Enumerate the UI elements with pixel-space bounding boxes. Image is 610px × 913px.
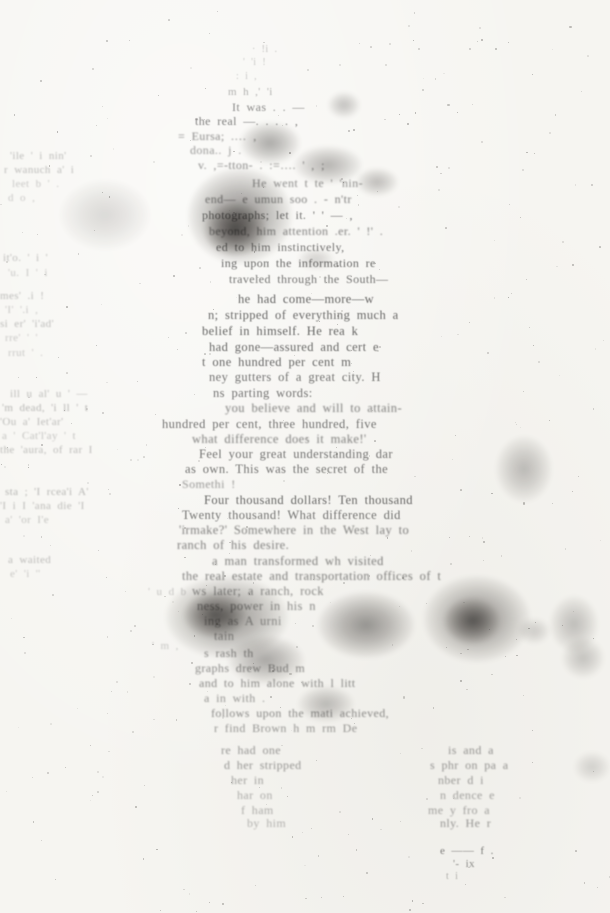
noise-speck bbox=[423, 78, 424, 79]
noise-speck bbox=[253, 582, 254, 583]
noise-speck bbox=[117, 449, 118, 450]
noise-speck bbox=[205, 447, 206, 448]
noise-speck bbox=[64, 410, 65, 411]
noise-speck bbox=[270, 696, 272, 698]
noise-speck bbox=[400, 753, 401, 754]
noise-speck bbox=[139, 283, 140, 284]
text-line-fragment: ney gutters of a great city. H bbox=[209, 370, 381, 385]
noise-speck bbox=[433, 707, 434, 708]
noise-speck bbox=[153, 719, 155, 721]
text-line-fragment: tain bbox=[214, 629, 234, 644]
noise-speck bbox=[1, 464, 2, 465]
noise-speck bbox=[55, 879, 56, 880]
noise-speck bbox=[351, 718, 352, 719]
noise-speck bbox=[94, 230, 95, 231]
text-line-fragment: It was . . — bbox=[232, 100, 305, 115]
noise-speck bbox=[522, 169, 524, 171]
noise-speck bbox=[217, 11, 218, 12]
noise-speck bbox=[511, 293, 512, 294]
text-line-fragment: Feel your great understanding dar bbox=[199, 447, 393, 462]
noise-speck bbox=[282, 125, 283, 126]
noise-speck bbox=[177, 349, 178, 350]
noise-speck bbox=[572, 491, 573, 492]
noise-speck bbox=[28, 464, 30, 466]
noise-speck bbox=[87, 482, 89, 484]
noise-speck bbox=[421, 748, 422, 749]
noise-speck bbox=[199, 267, 201, 269]
noise-speck bbox=[129, 40, 130, 41]
text-line-fragment: re had one bbox=[221, 743, 281, 758]
noise-speck bbox=[603, 340, 604, 341]
noise-speck bbox=[168, 337, 169, 338]
text-line-fragment: har on bbox=[237, 788, 273, 803]
noise-speck bbox=[389, 43, 391, 45]
noise-speck bbox=[207, 691, 208, 692]
noise-speck bbox=[326, 225, 327, 226]
text-line-fragment: as own. This was the secret of the bbox=[185, 462, 388, 477]
noise-speck bbox=[213, 309, 214, 310]
noise-speck bbox=[41, 444, 43, 446]
text-line-fragment: Somethi ! bbox=[182, 477, 236, 492]
noise-speck bbox=[270, 367, 271, 368]
noise-speck bbox=[222, 717, 224, 719]
text-line-fragment: rre' ' ' bbox=[5, 332, 38, 344]
noise-speck bbox=[357, 195, 358, 196]
noise-speck bbox=[158, 95, 159, 96]
noise-speck bbox=[407, 123, 409, 125]
text-line-fragment: by him bbox=[247, 816, 286, 831]
noise-speck bbox=[483, 541, 484, 542]
noise-speck bbox=[306, 437, 308, 439]
text-line-fragment: m h ,' 'i bbox=[228, 86, 273, 98]
noise-speck bbox=[92, 795, 93, 796]
noise-speck bbox=[336, 453, 337, 454]
ink-smudge bbox=[328, 92, 360, 118]
noise-speck bbox=[369, 575, 370, 576]
text-line-fragment: a in with . bbox=[204, 691, 265, 706]
noise-speck bbox=[292, 836, 293, 837]
noise-speck bbox=[370, 555, 371, 556]
noise-speck bbox=[173, 275, 175, 277]
text-line-fragment: d o , bbox=[8, 192, 35, 204]
noise-speck bbox=[289, 152, 291, 154]
noise-speck bbox=[468, 867, 469, 868]
text-line-fragment: t one hundred per cent m bbox=[202, 355, 351, 370]
noise-speck bbox=[403, 696, 405, 698]
text-line-fragment: d her stripped bbox=[224, 758, 302, 773]
noise-speck bbox=[156, 849, 157, 850]
noise-speck bbox=[96, 345, 97, 346]
noise-speck bbox=[538, 361, 540, 363]
noise-speck bbox=[552, 503, 553, 504]
noise-speck bbox=[492, 857, 493, 858]
noise-speck bbox=[41, 840, 42, 841]
noise-speck bbox=[86, 408, 88, 410]
text-line-fragment: si er' 'i'ad' bbox=[0, 318, 54, 330]
noise-speck bbox=[191, 662, 192, 663]
text-line-fragment: follows upon the mati achieved, bbox=[211, 706, 389, 721]
text-line-fragment: hundred per cent, three hundred, five bbox=[162, 417, 377, 432]
noise-speck bbox=[266, 804, 267, 805]
noise-speck bbox=[107, 713, 108, 714]
noise-speck bbox=[227, 518, 228, 519]
noise-speck bbox=[225, 705, 226, 706]
noise-speck bbox=[66, 306, 68, 308]
noise-speck bbox=[134, 625, 136, 627]
noise-speck bbox=[132, 731, 134, 733]
noise-speck bbox=[189, 893, 190, 894]
text-line-fragment: = Eursa; .… , bbox=[178, 129, 257, 144]
noise-speck bbox=[495, 48, 497, 50]
text-line-fragment: : i , bbox=[236, 71, 257, 82]
text-line-fragment: her in bbox=[231, 773, 264, 788]
ink-smudge bbox=[496, 436, 552, 502]
text-line-fragment: photographs; let it. ' ' — , bbox=[202, 208, 353, 223]
noise-speck bbox=[58, 357, 59, 358]
text-line-fragment: a waited bbox=[8, 554, 51, 566]
noise-speck bbox=[168, 19, 170, 21]
noise-speck bbox=[231, 782, 232, 783]
noise-speck bbox=[259, 787, 260, 788]
text-line-fragment: the 'aura, of rar I bbox=[0, 444, 93, 456]
noise-speck bbox=[296, 646, 298, 648]
text-line-fragment: and to him alone with l litt bbox=[199, 676, 356, 691]
noise-speck bbox=[305, 898, 306, 899]
noise-speck bbox=[460, 680, 461, 681]
noise-speck bbox=[190, 67, 192, 69]
noise-speck bbox=[97, 791, 99, 793]
noise-speck bbox=[92, 68, 93, 69]
noise-speck bbox=[436, 166, 438, 168]
noise-speck bbox=[600, 540, 601, 541]
text-line-fragment: rrut ' . bbox=[8, 347, 43, 359]
noise-speck bbox=[457, 112, 458, 113]
noise-speck bbox=[179, 484, 180, 485]
noise-speck bbox=[533, 345, 534, 346]
noise-speck bbox=[455, 435, 456, 436]
text-line-fragment: ns parting words: bbox=[213, 386, 313, 401]
noise-speck bbox=[491, 493, 493, 495]
text-line-fragment: nly. He r bbox=[440, 816, 491, 831]
noise-speck bbox=[257, 277, 258, 278]
noise-speck bbox=[311, 293, 312, 294]
noise-speck bbox=[153, 676, 155, 678]
noise-speck bbox=[375, 263, 376, 264]
text-line-fragment: He went t te ' 'nin- bbox=[252, 176, 363, 191]
text-line-fragment: n; stripped of everything much a bbox=[208, 308, 399, 323]
noise-speck bbox=[47, 772, 49, 774]
noise-speck bbox=[351, 276, 352, 277]
noise-speck bbox=[445, 227, 447, 229]
noise-speck bbox=[263, 187, 264, 188]
noise-speck bbox=[253, 663, 254, 664]
noise-speck bbox=[318, 500, 319, 501]
noise-speck bbox=[351, 363, 352, 364]
noise-speck bbox=[172, 601, 174, 603]
noise-speck bbox=[549, 132, 551, 134]
noise-speck bbox=[255, 885, 256, 886]
text-line-fragment: mes' .i ! bbox=[0, 290, 44, 302]
ink-smudge bbox=[318, 592, 414, 658]
noise-speck bbox=[348, 834, 349, 835]
noise-speck bbox=[327, 473, 328, 474]
noise-speck bbox=[50, 723, 52, 725]
noise-speck bbox=[36, 377, 37, 378]
noise-speck bbox=[194, 394, 195, 395]
noise-speck bbox=[18, 377, 19, 378]
text-line-fragment: a man transformed wh visited bbox=[212, 554, 384, 569]
noise-speck bbox=[41, 536, 42, 537]
noise-speck bbox=[287, 796, 288, 797]
text-line-fragment: traveled through the South— bbox=[229, 272, 388, 287]
noise-speck bbox=[422, 89, 424, 91]
noise-speck bbox=[28, 467, 29, 468]
noise-speck bbox=[330, 602, 331, 603]
noise-speck bbox=[102, 192, 103, 193]
text-line-fragment: the real —. . . . , bbox=[195, 114, 298, 129]
noise-speck bbox=[254, 251, 255, 252]
noise-speck bbox=[469, 48, 471, 50]
noise-speck bbox=[399, 114, 400, 115]
noise-speck bbox=[438, 189, 439, 190]
text-line-fragment: n dence e bbox=[440, 788, 495, 803]
text-line-fragment: what difference does it make!' bbox=[192, 432, 367, 447]
text-line-fragment: ing upon the information re bbox=[221, 256, 376, 271]
noise-speck bbox=[593, 638, 594, 639]
noise-speck bbox=[278, 115, 279, 116]
text-line-fragment: ' 'i ! bbox=[243, 57, 266, 68]
noise-speck bbox=[24, 652, 26, 654]
noise-speck bbox=[366, 872, 368, 874]
noise-speck bbox=[508, 297, 509, 298]
text-line-fragment: ing as A urni bbox=[204, 614, 282, 629]
noise-speck bbox=[185, 332, 187, 334]
text-line-fragment: nber d i bbox=[438, 773, 484, 788]
text-line-fragment: a ' Cat'l'ay ' t bbox=[2, 430, 76, 442]
noise-speck bbox=[483, 560, 484, 561]
text-line-fragment: Twenty thousand! What difference did bbox=[182, 508, 401, 523]
text-line-fragment: ' m , bbox=[152, 640, 179, 652]
noise-speck bbox=[281, 745, 282, 746]
noise-speck bbox=[369, 455, 370, 456]
text-line-fragment: beyond, him attention .er. ' !' . bbox=[209, 224, 383, 239]
text-line-fragment: 'irmake?' Somewhere in the West lay to bbox=[179, 523, 409, 538]
noise-speck bbox=[532, 762, 533, 763]
noise-speck bbox=[311, 828, 312, 829]
noise-speck bbox=[205, 88, 206, 89]
text-line-fragment: ness, power in his n bbox=[197, 599, 316, 614]
noise-speck bbox=[229, 542, 230, 543]
noise-speck bbox=[307, 69, 309, 71]
noise-speck bbox=[23, 535, 25, 537]
noise-speck bbox=[572, 264, 573, 265]
text-line-fragment: '- ix bbox=[453, 858, 475, 870]
noise-speck bbox=[272, 670, 274, 672]
noise-speck bbox=[339, 811, 341, 813]
text-line-fragment: ed to him instinctively, bbox=[216, 240, 344, 255]
noise-speck bbox=[535, 622, 536, 623]
text-line-fragment: had gone—assured and cert e bbox=[209, 340, 379, 355]
noise-speck bbox=[57, 131, 58, 132]
text-line-fragment: sta ; 'I rcea'i A' bbox=[5, 486, 89, 498]
noise-speck bbox=[97, 771, 99, 773]
text-line-fragment: 'm dead, 'i ll ' t bbox=[2, 402, 88, 414]
noise-speck bbox=[109, 493, 111, 495]
noise-speck bbox=[384, 119, 385, 120]
noise-speck bbox=[37, 234, 38, 235]
noise-speck bbox=[294, 355, 295, 356]
ink-smudge bbox=[562, 638, 604, 678]
noise-speck bbox=[337, 324, 338, 325]
ink-smudge bbox=[60, 180, 150, 250]
text-line-fragment: belief in himself. He rea k bbox=[202, 324, 358, 339]
noise-speck bbox=[222, 903, 223, 904]
noise-speck bbox=[370, 46, 372, 48]
text-line-fragment: 'I i I 'ana die 'I bbox=[0, 500, 85, 512]
noise-speck bbox=[316, 760, 317, 761]
noise-speck bbox=[160, 910, 161, 911]
noise-speck bbox=[408, 856, 410, 858]
text-line-fragment: s rash th bbox=[204, 646, 254, 661]
scanned-page: · !i .' 'i !: i ,m h ,' 'iIt was . . —th… bbox=[0, 0, 610, 913]
noise-speck bbox=[523, 391, 524, 392]
noise-speck bbox=[516, 424, 517, 425]
noise-speck bbox=[6, 261, 8, 263]
noise-speck bbox=[584, 882, 585, 883]
noise-speck bbox=[450, 563, 452, 565]
noise-speck bbox=[341, 178, 342, 179]
noise-speck bbox=[505, 656, 506, 657]
text-line-fragment: t i bbox=[446, 871, 458, 882]
noise-speck bbox=[113, 148, 114, 149]
noise-speck bbox=[295, 623, 296, 624]
noise-speck bbox=[143, 456, 145, 458]
noise-speck bbox=[532, 730, 533, 731]
noise-speck bbox=[280, 707, 281, 708]
noise-speck bbox=[534, 153, 535, 154]
noise-speck bbox=[137, 459, 139, 461]
noise-speck bbox=[562, 625, 563, 626]
noise-speck bbox=[337, 265, 339, 267]
text-line-fragment: a' 'or I'e bbox=[5, 514, 49, 526]
noise-speck bbox=[144, 785, 145, 786]
noise-speck bbox=[374, 440, 376, 442]
noise-speck bbox=[575, 850, 577, 852]
text-line-fragment: leet b ' . bbox=[12, 178, 59, 190]
noise-speck bbox=[581, 91, 582, 92]
text-line-fragment: ws later; a ranch, rock bbox=[192, 584, 324, 599]
noise-speck bbox=[519, 797, 520, 798]
noise-speck bbox=[184, 527, 186, 529]
noise-speck bbox=[291, 730, 292, 731]
text-line-fragment: you believe and will to attain- bbox=[225, 401, 402, 416]
ink-smudge bbox=[444, 598, 500, 644]
noise-speck bbox=[18, 727, 19, 728]
noise-speck bbox=[523, 695, 524, 696]
text-line-fragment: ranch of his desire. bbox=[177, 538, 289, 553]
noise-speck bbox=[146, 444, 147, 445]
noise-speck bbox=[565, 548, 566, 549]
noise-speck bbox=[210, 281, 211, 282]
text-line-fragment: r wanuch a' i bbox=[4, 164, 74, 176]
noise-speck bbox=[178, 508, 179, 509]
noise-speck bbox=[400, 821, 401, 822]
noise-speck bbox=[446, 647, 447, 648]
noise-speck bbox=[22, 232, 23, 233]
noise-speck bbox=[599, 246, 601, 248]
noise-speck bbox=[107, 118, 108, 119]
noise-speck bbox=[23, 637, 24, 638]
noise-speck bbox=[549, 420, 550, 421]
noise-speck bbox=[130, 459, 132, 461]
ink-smudge bbox=[574, 752, 610, 782]
text-line-fragment: it'o. ' i ' bbox=[3, 252, 48, 264]
text-line-fragment: 'Ou a' Iet'ar' bbox=[0, 416, 64, 428]
text-line-fragment: end— e umun soo . - n'tr bbox=[205, 192, 352, 207]
text-line-fragment: is and a bbox=[448, 743, 494, 758]
text-line-fragment: Four thousand dollars! Ten thousand bbox=[204, 493, 413, 508]
text-line-fragment: ill u al' u ' — bbox=[10, 388, 88, 400]
text-line-fragment: 'I' '.i , bbox=[5, 304, 38, 316]
noise-speck bbox=[304, 865, 305, 866]
text-line-fragment: e —— f . bbox=[440, 845, 494, 857]
noise-speck bbox=[188, 225, 189, 226]
noise-speck bbox=[0, 204, 1, 205]
noise-speck bbox=[343, 182, 344, 183]
text-line-fragment: ' u d b bbox=[148, 586, 187, 598]
noise-speck bbox=[532, 74, 533, 75]
noise-speck bbox=[482, 537, 483, 538]
text-line-fragment: s phr on pa a bbox=[430, 758, 509, 773]
noise-speck bbox=[472, 104, 473, 105]
text-line-fragment: r find Brown h m rm De bbox=[214, 721, 357, 736]
noise-speck bbox=[44, 274, 45, 275]
noise-speck bbox=[418, 48, 420, 50]
noise-speck bbox=[52, 594, 54, 596]
noise-speck bbox=[231, 327, 232, 328]
text-line-fragment: 'ile ' i nin' bbox=[10, 150, 67, 162]
text-line-fragment: 'u. I ' i bbox=[8, 267, 48, 279]
text-line-fragment: · !i . bbox=[252, 44, 277, 55]
noise-speck bbox=[312, 625, 314, 627]
noise-speck bbox=[216, 623, 218, 625]
text-line-fragment: he had come—more—w bbox=[238, 292, 374, 307]
noise-speck bbox=[66, 372, 68, 374]
noise-speck bbox=[236, 297, 237, 298]
text-line-fragment: e' 'i '' bbox=[10, 568, 41, 580]
noise-speck bbox=[229, 553, 230, 554]
noise-speck bbox=[529, 327, 530, 328]
noise-speck bbox=[387, 537, 388, 538]
noise-speck bbox=[460, 653, 461, 654]
noise-speck bbox=[465, 884, 466, 885]
